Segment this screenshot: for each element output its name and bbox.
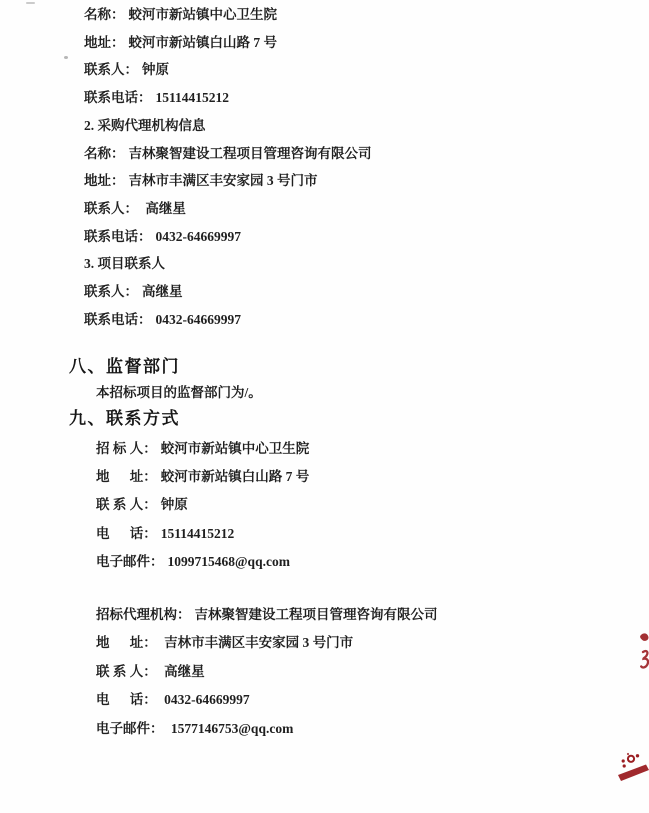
field-label: 电 话： — [96, 526, 157, 541]
project-contact-person-line: 联系人：高继星 — [84, 278, 372, 306]
section-8-body: 本招标项目的监督部门为/。 — [96, 380, 262, 406]
section-8-heading: 八、监督部门 — [69, 354, 180, 380]
field-label: 联系电话： — [84, 90, 152, 105]
field-label: 联系电话： — [84, 229, 152, 244]
field-value: 1577146753@qq.com — [168, 721, 294, 736]
field-label: 联系人： — [84, 62, 138, 77]
field-label: 联 系 人： — [96, 664, 157, 679]
purchaser-address-line: 地址：蛟河市新站镇白山路 7 号 — [84, 29, 372, 57]
red-seal-fragment-icon — [634, 632, 649, 674]
field-value: 蛟河市新站镇白山路 7 号 — [129, 35, 278, 50]
field-value: 吉林市丰满区丰安家园 3 号门市 — [161, 635, 353, 650]
field-label: 电 话： — [96, 692, 157, 707]
field-label: 名称： — [84, 146, 125, 161]
field-label: 招 标 人： — [96, 441, 157, 456]
field-label: 地 址： — [96, 469, 157, 484]
subsection-heading-text: 3. 项目联系人 — [84, 256, 165, 271]
agency-contact-person-line2: 联 系 人： 高继星 — [96, 658, 438, 687]
agency-contact-line: 联系人： 高继星 — [84, 195, 372, 223]
field-value: 蛟河市新站镇中心卫生院 — [161, 441, 310, 456]
tenderer-contact-block: 招 标 人：蛟河市新站镇中心卫生院 地 址：蛟河市新站镇白山路 7 号 联 系 … — [96, 435, 309, 577]
project-contact-phone-line: 联系电话：0432-64669997 — [84, 306, 372, 334]
agency-name-line: 名称：吉林聚智建设工程项目管理咨询有限公司 — [84, 140, 372, 168]
field-value: 0432-64669997 — [156, 312, 242, 327]
field-value: 高继星 — [142, 284, 183, 299]
field-value: 蛟河市新站镇中心卫生院 — [129, 7, 278, 22]
field-value: 15114415212 — [156, 90, 230, 105]
field-label: 联系人： — [84, 201, 138, 216]
agency-subsection-heading: 2. 采购代理机构信息 — [84, 112, 372, 140]
purchaser-contact-line: 联系人：钟原 — [84, 56, 372, 84]
field-label: 联系电话： — [84, 312, 152, 327]
field-value: 高继星 — [142, 201, 186, 216]
field-label: 地 址： — [96, 635, 157, 650]
field-value: 钟原 — [142, 62, 169, 77]
project-contact-subsection-heading: 3. 项目联系人 — [84, 250, 372, 278]
scanned-tender-document-page: 名称：蛟河市新站镇中心卫生院 地址：蛟河市新站镇白山路 7 号 联系人：钟原 联… — [0, 0, 649, 813]
tenderer-address-line: 地 址：蛟河市新站镇白山路 7 号 — [96, 463, 309, 491]
field-value: 钟原 — [161, 497, 188, 512]
tenderer-name-line: 招 标 人：蛟河市新站镇中心卫生院 — [96, 435, 309, 463]
purchaser-name-line: 名称：蛟河市新站镇中心卫生院 — [84, 1, 372, 29]
agency-phone-line2: 电 话： 0432-64669997 — [96, 686, 438, 715]
field-value: 0432-64669997 — [156, 229, 242, 244]
tenderer-contact-person-line: 联 系 人：钟原 — [96, 491, 309, 519]
purchaser-phone-line: 联系电话：15114415212 — [84, 84, 372, 112]
tenderer-email-line: 电子邮件：1099715468@qq.com — [96, 548, 309, 576]
field-label: 电子邮件： — [96, 554, 164, 569]
agency-org-line: 招标代理机构：吉林聚智建设工程项目管理咨询有限公司 — [96, 601, 438, 630]
project-info-block: 名称：蛟河市新站镇中心卫生院 地址：蛟河市新站镇白山路 7 号 联系人：钟原 联… — [84, 1, 372, 333]
agency-address-line2: 地 址： 吉林市丰满区丰安家园 3 号门市 — [96, 629, 438, 658]
scan-speck — [26, 2, 35, 4]
field-value: 吉林聚智建设工程项目管理咨询有限公司 — [129, 146, 372, 161]
field-label: 电子邮件： — [96, 721, 164, 736]
tenderer-phone-line: 电 话：15114415212 — [96, 520, 309, 548]
field-label: 招标代理机构： — [96, 607, 191, 622]
agency-address-line: 地址：吉林市丰满区丰安家园 3 号门市 — [84, 167, 372, 195]
field-value: 吉林市丰满区丰安家园 3 号门市 — [129, 173, 318, 188]
field-label: 联 系 人： — [96, 497, 157, 512]
field-value: 吉林聚智建设工程项目管理咨询有限公司 — [195, 607, 438, 622]
field-value: 0432-64669997 — [161, 692, 250, 707]
field-label: 地址： — [84, 173, 125, 188]
field-value: 高继星 — [161, 664, 205, 679]
agency-contact-block: 招标代理机构：吉林聚智建设工程项目管理咨询有限公司 地 址： 吉林市丰满区丰安家… — [96, 601, 438, 744]
field-value: 蛟河市新站镇白山路 7 号 — [161, 469, 310, 484]
field-label: 名称： — [84, 7, 125, 22]
field-value: 1099715468@qq.com — [168, 554, 290, 569]
field-label: 联系人： — [84, 284, 138, 299]
red-seal-fragment-icon — [617, 748, 649, 786]
section-9-heading: 九、联系方式 — [69, 406, 180, 432]
field-label: 地址： — [84, 35, 125, 50]
agency-email-line: 电子邮件： 1577146753@qq.com — [96, 715, 438, 744]
field-value: 15114415212 — [161, 526, 235, 541]
agency-phone-line: 联系电话：0432-64669997 — [84, 223, 372, 251]
scan-speck — [64, 56, 68, 59]
subsection-heading-text: 2. 采购代理机构信息 — [84, 118, 206, 133]
